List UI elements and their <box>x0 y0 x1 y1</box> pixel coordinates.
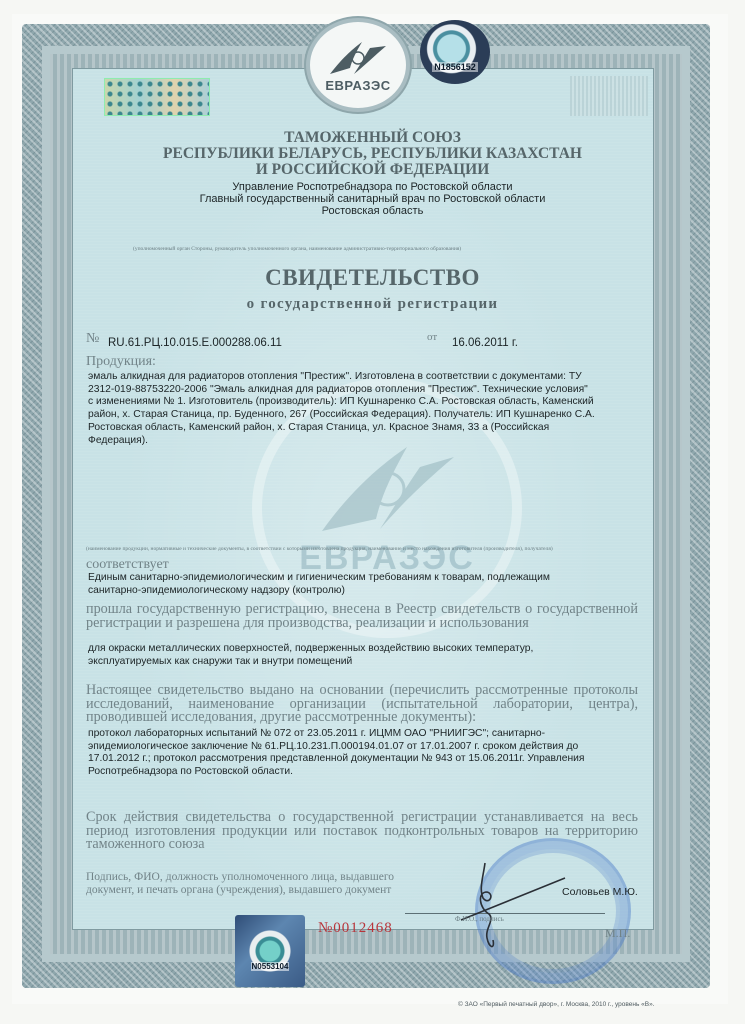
signature-mark <box>455 858 575 958</box>
document-subtitle: о государственной регистрации <box>120 296 625 313</box>
product-caption: (наименование продукции, нормативные и т… <box>86 546 553 552</box>
product-line: район, х. Старая Станица, пр. Буденного,… <box>88 409 648 422</box>
product-line: с изменениями № 1. Изготовитель (произво… <box>88 396 648 409</box>
basis-line: протокол лабораторных испытаний № 072 от… <box>88 728 648 741</box>
usage-line: эксплуатируемых как снаружи так и внутри… <box>88 656 648 669</box>
header-line-1: ТАМОЖЕННЫЙ СОЮЗ <box>120 130 625 146</box>
basis-line: Роспотребнадзора по Ростовской области. <box>88 766 648 779</box>
conformity-label: соответствует <box>86 557 169 573</box>
conformity-line: Единым санитарно-эпидемиологическим и ги… <box>88 572 648 585</box>
form-serial-number: №0012468 <box>318 920 393 937</box>
basis-documents: протокол лабораторных испытаний № 072 от… <box>88 728 648 779</box>
conformity-line: санитарно-эпидемиологическому надзору (к… <box>88 585 648 598</box>
stamp-mark: М.П. <box>605 926 630 941</box>
usage-line: для окраски металлических поверхностей, … <box>88 643 648 656</box>
conformity-requirements: Единым санитарно-эпидемиологическим и ги… <box>88 572 648 597</box>
registration-date: 16.06.2011 г. <box>452 337 518 349</box>
product-line: 2312-019-88753220-2006 "Эмаль алкидная д… <box>88 384 648 397</box>
sticker-serial: N0553104 <box>251 962 290 971</box>
basis-line: эпидемиологическое заключение № 61.РЦ.10… <box>88 741 648 754</box>
product-line: Федерация). <box>88 435 648 448</box>
registration-date-label: от <box>427 331 437 343</box>
signature-caption: Ф.И.О., подпись <box>455 915 504 923</box>
document-title: СВИДЕТЕЛЬСТВО <box>120 265 625 291</box>
registration-number: RU.61.РЦ.10.015.Е.000288.06.11 <box>108 337 282 349</box>
authority-caption: (уполномоченный орган Стороны, руководит… <box>133 246 461 252</box>
signatory-name: Соловьев М.Ю. <box>562 886 638 899</box>
header-line-2: РЕСПУБЛИКИ БЕЛАРУСЬ, РЕСПУБЛИКИ КАЗАХСТА… <box>120 146 625 162</box>
issuing-region: Ростовская область <box>120 205 625 218</box>
basis-line: 17.01.2012 г.; протокол рассмотрения пре… <box>88 753 648 766</box>
product-label: Продукция: <box>86 354 156 370</box>
usage-scope: для окраски металлических поверхностей, … <box>88 643 648 668</box>
certification-hologram-icon: N0553104 <box>243 924 297 978</box>
header-line-3: И РОССИЙСКОЙ ФЕДЕРАЦИИ <box>120 162 625 178</box>
basis-statement: Настоящее свидетельство выдано на основа… <box>86 684 638 725</box>
product-description: эмаль алкидная для радиаторов отопления … <box>88 371 648 447</box>
hologram-sticker: N0553104 <box>235 915 305 987</box>
registration-number-label: № <box>86 331 99 347</box>
product-line: Ростовская область, Каменский район, х. … <box>88 422 648 435</box>
product-line: эмаль алкидная для радиаторов отопления … <box>88 371 648 384</box>
signature-label: Подпись, ФИО, должность уполномоченного … <box>86 871 394 896</box>
printer-copyright: © ЗАО «Первый печатный двор», г. Москва,… <box>458 1001 655 1008</box>
registration-statement: прошла государственную регистрацию, внес… <box>86 603 638 630</box>
